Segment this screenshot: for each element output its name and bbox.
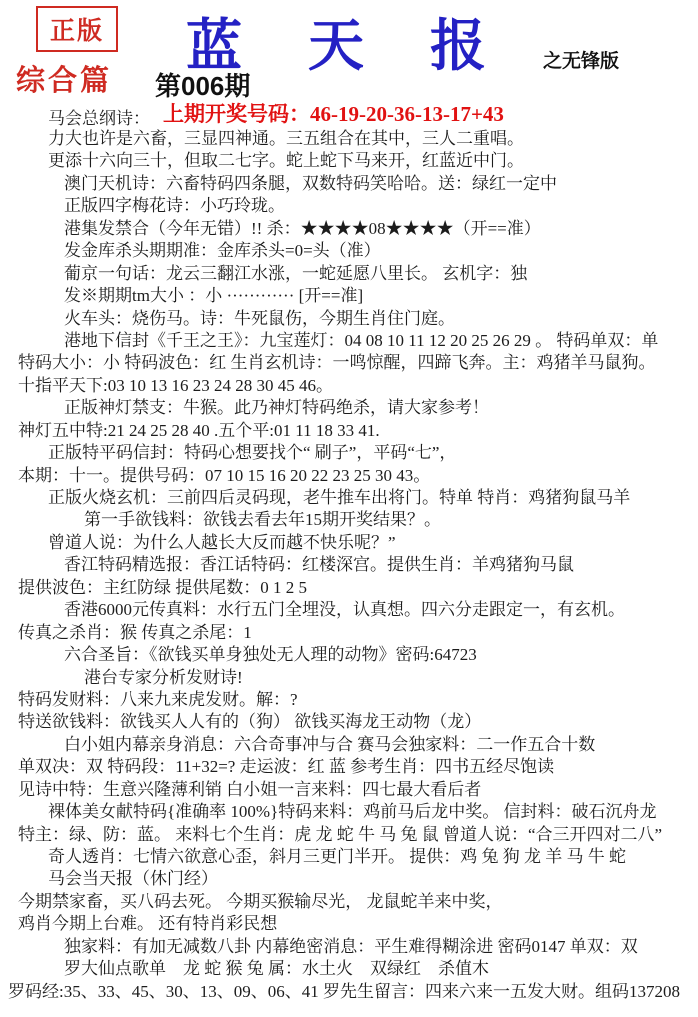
body-line-10: 港地下信封《千王之王》：九宝莲灯：04 08 10 11 12 20 25 26… bbox=[0, 330, 698, 352]
body-line-5: 港集发禁合（今年无错）!! 杀：★★★★08★★★★（开==准） bbox=[0, 218, 698, 240]
body-line-15: 正版特平码信封：特码心想要找个“ 刷子”，平码“七”， bbox=[0, 442, 698, 464]
body-line-21: 提供波色：主红防绿 提供尾数：0 1 2 5 bbox=[0, 577, 698, 599]
body-line-35: 今期禁家畜，买八码去死。 今期买猴输尽光， 龙鼠蛇羊来中奖， bbox=[0, 891, 698, 913]
body-line-24: 六合圣旨：《欲钱买单身独处无人理的动物》密码:64723 bbox=[0, 644, 698, 666]
body-text: 力大也许是六畜，三显四神通。三五组合在其中，三人二重唱。 更添十六向三十，但取二… bbox=[0, 128, 698, 1003]
body-line-9: 火车头：烧伤马。诗：牛死鼠伤，今期生肖住门庭。 bbox=[0, 308, 698, 330]
body-line-3: 澳门天机诗：六畜特码四条腿，双数特码笑哈哈。送：绿红一定中 bbox=[0, 173, 698, 195]
body-line-4: 正版四字梅花诗：小巧玲珑。 bbox=[0, 195, 698, 217]
body-line-30: 见诗中特：生意兴隆薄利销 白小姐一言来料：四七最大看后者 bbox=[0, 779, 698, 801]
body-line-2: 更添十六向三十，但取二七字。蛇上蛇下马来开，红蓝近中门。 bbox=[0, 150, 698, 172]
section-title: 综合篇 bbox=[16, 58, 112, 99]
body-line-25: 港台专家分析发财诗! bbox=[0, 667, 698, 689]
body-line-32: 特主：绿、防：蓝。 来料七个生肖：虎 龙 蛇 牛 马 兔 鼠 曾道人说：“合三开… bbox=[0, 824, 698, 846]
poem-label: 马会总纲诗： bbox=[48, 104, 150, 129]
body-line-14: 神灯五中特:21 24 25 28 40 .五个平:01 11 18 33 41… bbox=[0, 420, 698, 442]
edition-label: 之无锋版 bbox=[543, 46, 619, 73]
body-line-22: 香港6000元传真料：水行五门全埋没，认真想。四六分走跟定一，有玄机。 bbox=[0, 599, 698, 621]
body-line-12: 十指平天下:03 10 13 16 23 24 28 30 45 46。 bbox=[0, 375, 698, 397]
body-line-26: 特码发财料：八来九来虎发财。解：? bbox=[0, 689, 698, 711]
body-line-20: 香江特码精选报：香江话特码：红楼深宫。提供生肖：羊鸡猪狗马鼠 bbox=[0, 554, 698, 576]
body-line-17: 正版火烧玄机：三前四后灵码现，老牛推车出将门。特单 特肖：鸡猪狗鼠马羊 bbox=[0, 487, 698, 509]
body-line-29: 单双决：双 特码段：11+32=? 走运波：红 蓝 参考生肖：四书五经尽饱读 bbox=[0, 756, 698, 778]
body-line-1: 力大也许是六畜，三显四神通。三五组合在其中，三人二重唱。 bbox=[0, 128, 698, 150]
body-line-18: 第一手欲钱料：欲钱去看去年15期开奖结果？。 bbox=[0, 509, 698, 531]
body-line-38: 罗大仙点歌单 龙 蛇 猴 兔 属：水土火 双绿红 杀值木 bbox=[0, 958, 698, 980]
body-line-8: 发※期期tm大小 ：小 ············ [开==准] bbox=[0, 285, 698, 307]
body-line-23: 传真之杀肖：猴 传真之杀尾：1 bbox=[0, 622, 698, 644]
body-line-39: 罗码经:35、33、45、30、13、09、06、41 罗先生留言：四来六来一五… bbox=[0, 981, 698, 1003]
body-line-28: 白小姐内幕亲身消息：六合奇事冲与合 赛马会独家料：二一作五合十数 bbox=[0, 734, 698, 756]
body-line-27: 特送欲钱料：欲钱买人人有的（狗） 欲钱买海龙王动物（龙） bbox=[0, 711, 698, 733]
body-line-6: 发金库杀头期期准：金库杀头=0=头（准） bbox=[0, 240, 698, 262]
body-line-19: 曾道人说：为什么人越长大反而越不快乐呢？” bbox=[0, 532, 698, 554]
body-line-34: 马会当天报（休门经） bbox=[0, 868, 698, 890]
body-line-11: 特码大小：小 特码波色：红 生肖玄机诗：一鸣惊醒，四蹄飞奔。主：鸡猪羊马鼠狗。 bbox=[0, 352, 698, 374]
body-line-7: 葡京一句话：龙云三翻江水涨，一蛇延愿八里长。 玄机字：独 bbox=[0, 263, 698, 285]
body-line-16: 本期：十一。提供号码：07 10 15 16 20 22 23 25 30 43… bbox=[0, 465, 698, 487]
last-draw-numbers: 上期开奖号码：46-19-20-36-13-17+43 bbox=[163, 98, 504, 128]
newspaper-page: 正版 蓝 天 报 之无锋版 综合篇 第006期 马会总纲诗： 上期开奖号码：46… bbox=[0, 0, 698, 1017]
body-line-31: 裸体美女献特码{准确率 100%}特码来料：鸡前马后龙中奖。 信封料：破石沉舟龙 bbox=[0, 801, 698, 823]
body-line-37: 独家料：有加无减数八卦 内幕绝密消息：平生难得糊涂进 密码0147 单双：双 bbox=[0, 936, 698, 958]
body-line-33: 奇人透肖：七情六欲意心歪，斜月三更门半开。 提供：鸡 兔 狗 龙 羊 马 牛 蛇 bbox=[0, 846, 698, 868]
body-line-13: 正版神灯禁支：牛猴。此乃神灯特码绝杀，请大家参考！ bbox=[0, 397, 698, 419]
body-line-36: 鸡肖今期上台难。 还有特肖彩民想 bbox=[0, 913, 698, 935]
